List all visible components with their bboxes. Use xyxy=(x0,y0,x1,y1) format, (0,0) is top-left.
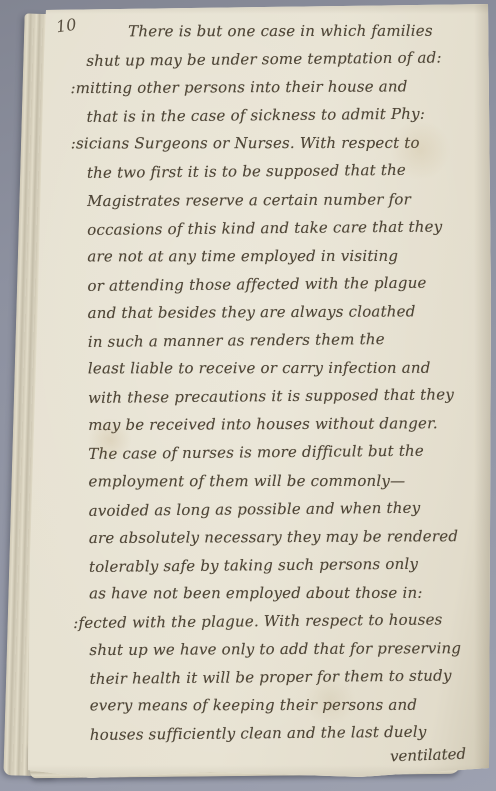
manuscript-line: avoided as long as possible and when the… xyxy=(89,493,485,525)
manuscript-line: employment of them will be commonly— xyxy=(88,466,484,495)
manuscript-line: Magistrates reserve a certain number for xyxy=(87,185,483,215)
manuscript-line: with these precautions it is supposed th… xyxy=(88,380,484,412)
manuscript-line: may be received into houses without dang… xyxy=(88,409,484,439)
manuscript-line: in such a manner as renders them the xyxy=(88,324,484,356)
manuscript-line: their health it will be proper for them … xyxy=(89,661,485,693)
manuscript-line: least liable to receive or carry infecti… xyxy=(88,354,484,383)
manuscript-line: :mitting other persons into their house … xyxy=(70,72,482,102)
manuscript-line: shut up we have only to add that for pre… xyxy=(89,634,485,664)
catchword: ventilated xyxy=(390,745,467,766)
manuscript-line: every means of keeping their persons and xyxy=(90,691,486,720)
manuscript-line: houses sufficiently clean and the last d… xyxy=(90,717,486,749)
manuscript-line: :sicians Surgeons or Nurses. With respec… xyxy=(71,129,483,158)
manuscript-line: as have not been employed about those in… xyxy=(89,579,485,608)
manuscript-line: the two first it is to be supposed that … xyxy=(87,156,483,188)
manuscript-line: The case of nurses is more difficult but… xyxy=(88,437,484,469)
folio-number: 10 xyxy=(55,15,78,37)
manuscript-line: occasions of this kind and take care tha… xyxy=(87,212,483,244)
manuscript-line: or attending those affected with the pla… xyxy=(87,268,483,300)
manuscript-line: :fected with the plague. With respect to… xyxy=(73,605,485,637)
manuscript-text: There is but one case in which familiess… xyxy=(86,16,486,749)
manuscript-line: shut up may be under some temptation of … xyxy=(86,43,482,75)
manuscript-page: 10 There is but one case in which famili… xyxy=(0,0,496,791)
manuscript-line: are absolutely necessary they may be ren… xyxy=(89,522,485,552)
manuscript-line: tolerably safe by taking such persons on… xyxy=(89,549,485,581)
photo-backdrop: 10 There is but one case in which famili… xyxy=(0,0,496,791)
manuscript-line: are not at any time employed in visiting xyxy=(87,241,483,270)
manuscript-line: There is but one case in which families xyxy=(86,17,482,46)
manuscript-line: that is in the case of sickness to admit… xyxy=(86,99,482,131)
manuscript-line: and that besides they are always cloathe… xyxy=(88,297,484,327)
